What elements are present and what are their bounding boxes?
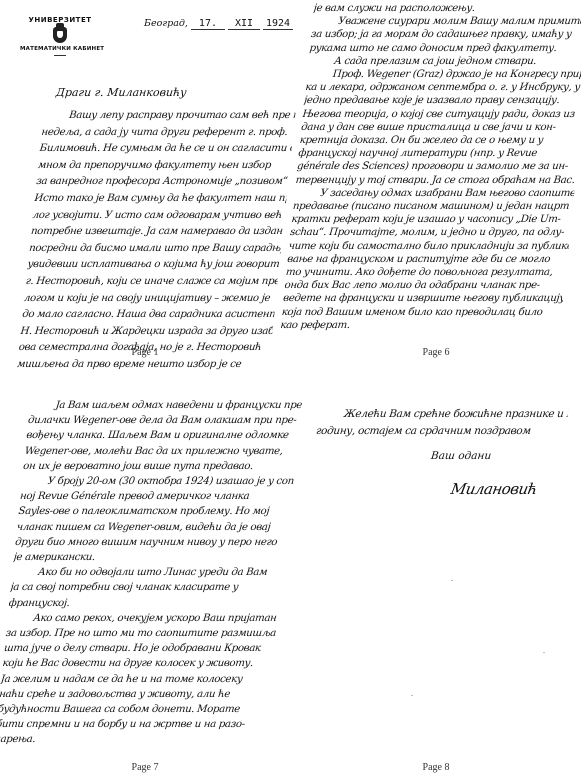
- closing: Ваш одани: [430, 450, 491, 462]
- date-month: XII: [228, 18, 260, 30]
- text-line: то учинити. Ако дођете до повољнога резу…: [285, 266, 566, 279]
- text-line: други био много вишим научним нивоу у пе…: [14, 535, 288, 550]
- text-line: бити спремни и на борбу и на жртве и на …: [0, 717, 269, 732]
- text-line: кретнија доказа. Он би желео да се о њем…: [299, 134, 580, 147]
- text-line: шта јуче о делу ствари. Но је одобравани…: [3, 641, 277, 656]
- text-line: лог усвојити. У исто сам одговарам учтив…: [32, 208, 286, 225]
- page-label: Page 1: [0, 347, 290, 358]
- text-line: будућности Вашега са собом донети. Морат…: [0, 702, 270, 717]
- text-line: логом и који је на своју иницијативу – ж…: [23, 291, 277, 308]
- text-line: Исто тако је Вам сумњу да ће факултет на…: [33, 191, 287, 208]
- date-line: Београд, 17. XII 1924: [144, 18, 293, 30]
- text-line: Ако би но одвојали што Линас уреди да Ва…: [11, 565, 285, 580]
- text-line: ној Revue Générale превод америчког члан…: [19, 489, 293, 504]
- text-line: Sayles-ове о палеоклиматском проблему. Н…: [18, 504, 292, 519]
- text-line: дилачки Wegener-ове дела да Вам олакшам …: [27, 413, 301, 428]
- date-place: Београд,: [144, 18, 188, 29]
- text-line: ка и лекара, одржаном септембра о. г. у …: [305, 81, 581, 94]
- text-line: потребне извештаје. Ја сам намеравао да …: [30, 224, 284, 241]
- text-line: мном да препоручимо факултету њен избор: [37, 158, 291, 175]
- text-line: предавање (писано писаном машином) и јед…: [292, 200, 573, 213]
- text-line: посредни да бисмо имали што пре Вашу сар…: [28, 241, 282, 258]
- signature: Милановић: [449, 480, 538, 498]
- text-line: Вашу лепу расправу прочитао сам већ пре …: [42, 108, 296, 125]
- page-label: Page 8: [291, 762, 581, 773]
- greeting: Драги г. Миланковићу: [55, 86, 187, 99]
- text-line: чланак пишем са Wegener-овим, видећи да …: [16, 520, 290, 535]
- text-line: за избор; ја га морам до садашњег правку…: [310, 28, 581, 41]
- text-line: тервенцију у тој ствари. Ја се стога обр…: [295, 174, 576, 187]
- text-line: Ја Вам шаљем одмах наведени и француски …: [29, 398, 303, 413]
- text-line: ведете на француски и извршите његову пу…: [282, 292, 563, 305]
- text-line: Билимовић. Не сумњам да ће се и он сагла…: [39, 141, 293, 158]
- text-line: француској.: [8, 596, 282, 611]
- text-line: до мало сагласно. Наша два сарадника аси…: [21, 307, 275, 324]
- text-line: schau“. Прочитајте, молим, и једно и дру…: [289, 226, 570, 239]
- text-line: Ја желим и надам се да ће и на томе коло…: [0, 672, 274, 687]
- text-line: У заседању одмах изабрани Вам његово сао…: [294, 187, 575, 200]
- page-6: је вам служи на расположењу. Уважене сиу…: [291, 0, 581, 365]
- text-line: вање на француском и распитујте где би с…: [287, 253, 568, 266]
- text-line: онда бих Вас лепо молио да одабрани члан…: [284, 279, 565, 292]
- text-line: г. Несторовић, који се иначе слаже са мо…: [25, 274, 279, 291]
- text-line: Wegener-ове, молећи Вас да их прилежно ч…: [24, 444, 298, 459]
- text-line: за ванредног професора Астрономије „пози…: [35, 174, 289, 191]
- text-line: Желећи Вам срећне божићне празнике и Нов…: [317, 406, 569, 423]
- date-year: 1924: [263, 18, 293, 30]
- date-day: 17.: [191, 18, 225, 30]
- letterhead-rule: [54, 55, 66, 56]
- page-7: Ја Вам шаљем одмах наведени и француски …: [0, 390, 290, 760]
- letterhead: УНИВЕРЗИТЕТ МАТЕМАТИЧКИ КАБИНЕТ: [20, 16, 100, 56]
- page-7-body: Ја Вам шаљем одмах наведени и француски …: [0, 398, 302, 748]
- text-line: за избор. Пре но што ми то саопштите раз…: [5, 626, 279, 641]
- coat-of-arms-icon: [53, 27, 67, 43]
- text-line: као реферат.: [280, 319, 561, 332]
- page-label: Page 6: [291, 347, 581, 358]
- scan-speck: [451, 580, 453, 581]
- text-line: мишљења да прво време нешто избор је се: [16, 357, 270, 374]
- text-line: наћи среће и задовољства у животу, али ћ…: [0, 687, 272, 702]
- text-line: чарења.: [0, 732, 267, 747]
- scan-speck: [411, 695, 413, 696]
- text-line: рукама што не само доносим пред факултет…: [309, 42, 581, 55]
- text-line: générale des Sciences) проговори и замол…: [296, 160, 577, 173]
- text-line: Проф. Wegener (Graz) држао је на Конгрес…: [306, 68, 581, 81]
- page-label: Page 7: [0, 762, 290, 773]
- page-6-body: је вам служи на расположењу. Уважене сиу…: [280, 2, 581, 332]
- letterhead-department: МАТЕМАТИЧКИ КАБИНЕТ: [20, 46, 100, 52]
- page-8-body: Желећи Вам срећне божићне празнике и Нов…: [315, 406, 568, 439]
- text-line: Његова теорија, о којој све ситуацију ра…: [302, 108, 581, 121]
- page-8: Желећи Вам срећне божићне празнике и Нов…: [291, 390, 581, 760]
- text-line: француској научној литератури (нпр. у Re…: [298, 147, 579, 160]
- text-line: недеља, а сада ју чита други референт г.…: [40, 125, 294, 142]
- text-line: која под Вашим именом било као преводила…: [281, 306, 562, 319]
- text-line: Н. Несторовић и Жардецки израда за друго…: [20, 324, 274, 341]
- text-line: А сада прелазим са још једном ствари.: [307, 55, 581, 68]
- text-line: вођењу чланка. Шаљем Вам и оригиналне од…: [26, 428, 300, 443]
- text-line: је вам служи на расположењу.: [313, 2, 581, 15]
- page-1: УНИВЕРЗИТЕТ МАТЕМАТИЧКИ КАБИНЕТ Београд,…: [0, 0, 290, 365]
- text-line: увидевши исплативања о којима ћу још гов…: [27, 257, 281, 274]
- text-line: једно предавање које је изазвало праву с…: [303, 94, 581, 107]
- text-line: је американски.: [13, 550, 287, 565]
- text-line: У броју 20-ом (30 октобра 1924) изашао ј…: [21, 474, 295, 489]
- text-line: годину, остајем са срдачним поздравом: [315, 423, 567, 440]
- text-line: који ће Вас довести на друге колосек у ж…: [2, 656, 276, 671]
- page-1-body: Вашу лепу расправу прочитао сам већ пре …: [16, 108, 296, 374]
- text-line: Ако само рекох, очекујем ускоро Ваш приј…: [6, 611, 280, 626]
- text-line: он их је вероватно још више пута предава…: [22, 459, 296, 474]
- text-line: кратки реферат који је изашао у часопису…: [291, 213, 572, 226]
- text-line: чите који би самостално било прикладнији…: [288, 240, 569, 253]
- scan-speck: [543, 652, 545, 653]
- text-line: ја са свој потребни свој чланак класират…: [10, 580, 284, 595]
- text-line: дана у дан све више присталица и све јач…: [300, 121, 581, 134]
- text-line: Уважене сиурари молим Вашу малим примита…: [312, 15, 581, 28]
